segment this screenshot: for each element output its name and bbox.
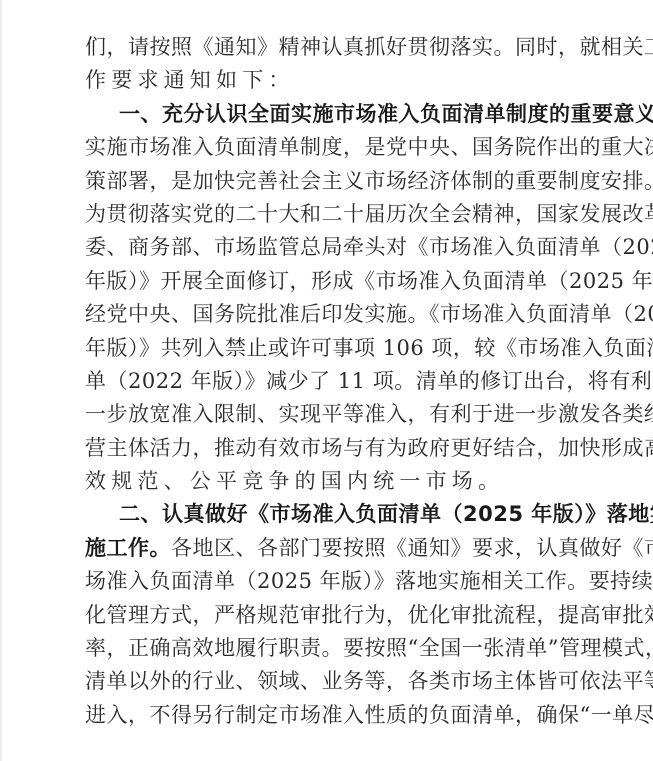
section-1: 一、充分认识全面实施市场准入负面清单制度的重要意义。 实施市场准入负面清单制度，… [85, 98, 576, 499]
section-2-heading: 二、认真做好《市场准入负面清单（2025 年版）》落地实 [85, 498, 576, 531]
text-line: 为贯彻落实党的二十大和二十届历次全会精神，国家发展改革 [85, 198, 576, 231]
text-line: 单（2022 年版）》减少了 11 项。清单的修订出台，将有利于进 [85, 365, 576, 398]
section-1-heading: 一、充分认识全面实施市场准入负面清单制度的重要意义。 [85, 98, 576, 131]
text-line: 作要求通知如下： [85, 64, 576, 97]
text-line: 们，请按照《通知》精神认真抓好贯彻落实。同时，就相关工 [85, 31, 576, 64]
text-line: 化管理方式，严格规范审批行为，优化审批流程，提高审批效 [85, 599, 576, 632]
section-2-heading-end: 施工作。 [85, 536, 171, 560]
document-page: 们，请按照《通知》精神认真抓好贯彻落实。同时，就相关工 作要求通知如下： 一、充… [85, 31, 576, 732]
text-line: 效规范、公平竞争的国内统一市场。 [85, 465, 576, 498]
text-line: 清单以外的行业、领域、业务等，各类市场主体皆可依法平等 [85, 665, 576, 698]
text-line: 年版）》开展全面修订，形成《市场准入负面清单（2025 年版）》， [85, 265, 576, 298]
text-line: 率，正确高效地履行职责。要按照“全国一张清单”管理模式，对 [85, 632, 576, 665]
text-line: 进入，不得另行制定市场准入性质的负面清单，确保“一单尽列， [85, 699, 576, 732]
text-line: 委、商务部、市场监管总局牵头对《市场准入负面清单（2022 [85, 231, 576, 264]
text-line: 营主体活力，推动有效市场与有为政府更好结合，加快形成高 [85, 432, 576, 465]
section-2: 二、认真做好《市场准入负面清单（2025 年版）》落地实 施工作。各地区、各部门… [85, 498, 576, 732]
text-line: 实施市场准入负面清单制度，是党中央、国务院作出的重大决 [85, 131, 576, 164]
text-line: 策部署，是加快完善社会主义市场经济体制的重要制度安排。 [85, 165, 576, 198]
text-line: 经党中央、国务院批准后印发实施。《市场准入负面清单（2025 [85, 298, 576, 331]
text-line: 年版）》共列入禁止或许可事项 106 项，较《市场准入负面清 [85, 332, 576, 365]
text-line: 施工作。各地区、各部门要按照《通知》要求，认真做好《市 [85, 532, 576, 565]
section-2-body-start: 各地区、各部门要按照《通知》要求，认真做好《市 [171, 536, 653, 560]
text-line: 场准入负面清单（2025 年版）》落地实施相关工作。要持续优 [85, 565, 576, 598]
intro-paragraph: 们，请按照《通知》精神认真抓好贯彻落实。同时，就相关工 作要求通知如下： [85, 31, 576, 98]
page-edge-shadow [0, 0, 3, 761]
text-line: 一步放宽准入限制、实现平等准入，有利于进一步激发各类经 [85, 398, 576, 431]
